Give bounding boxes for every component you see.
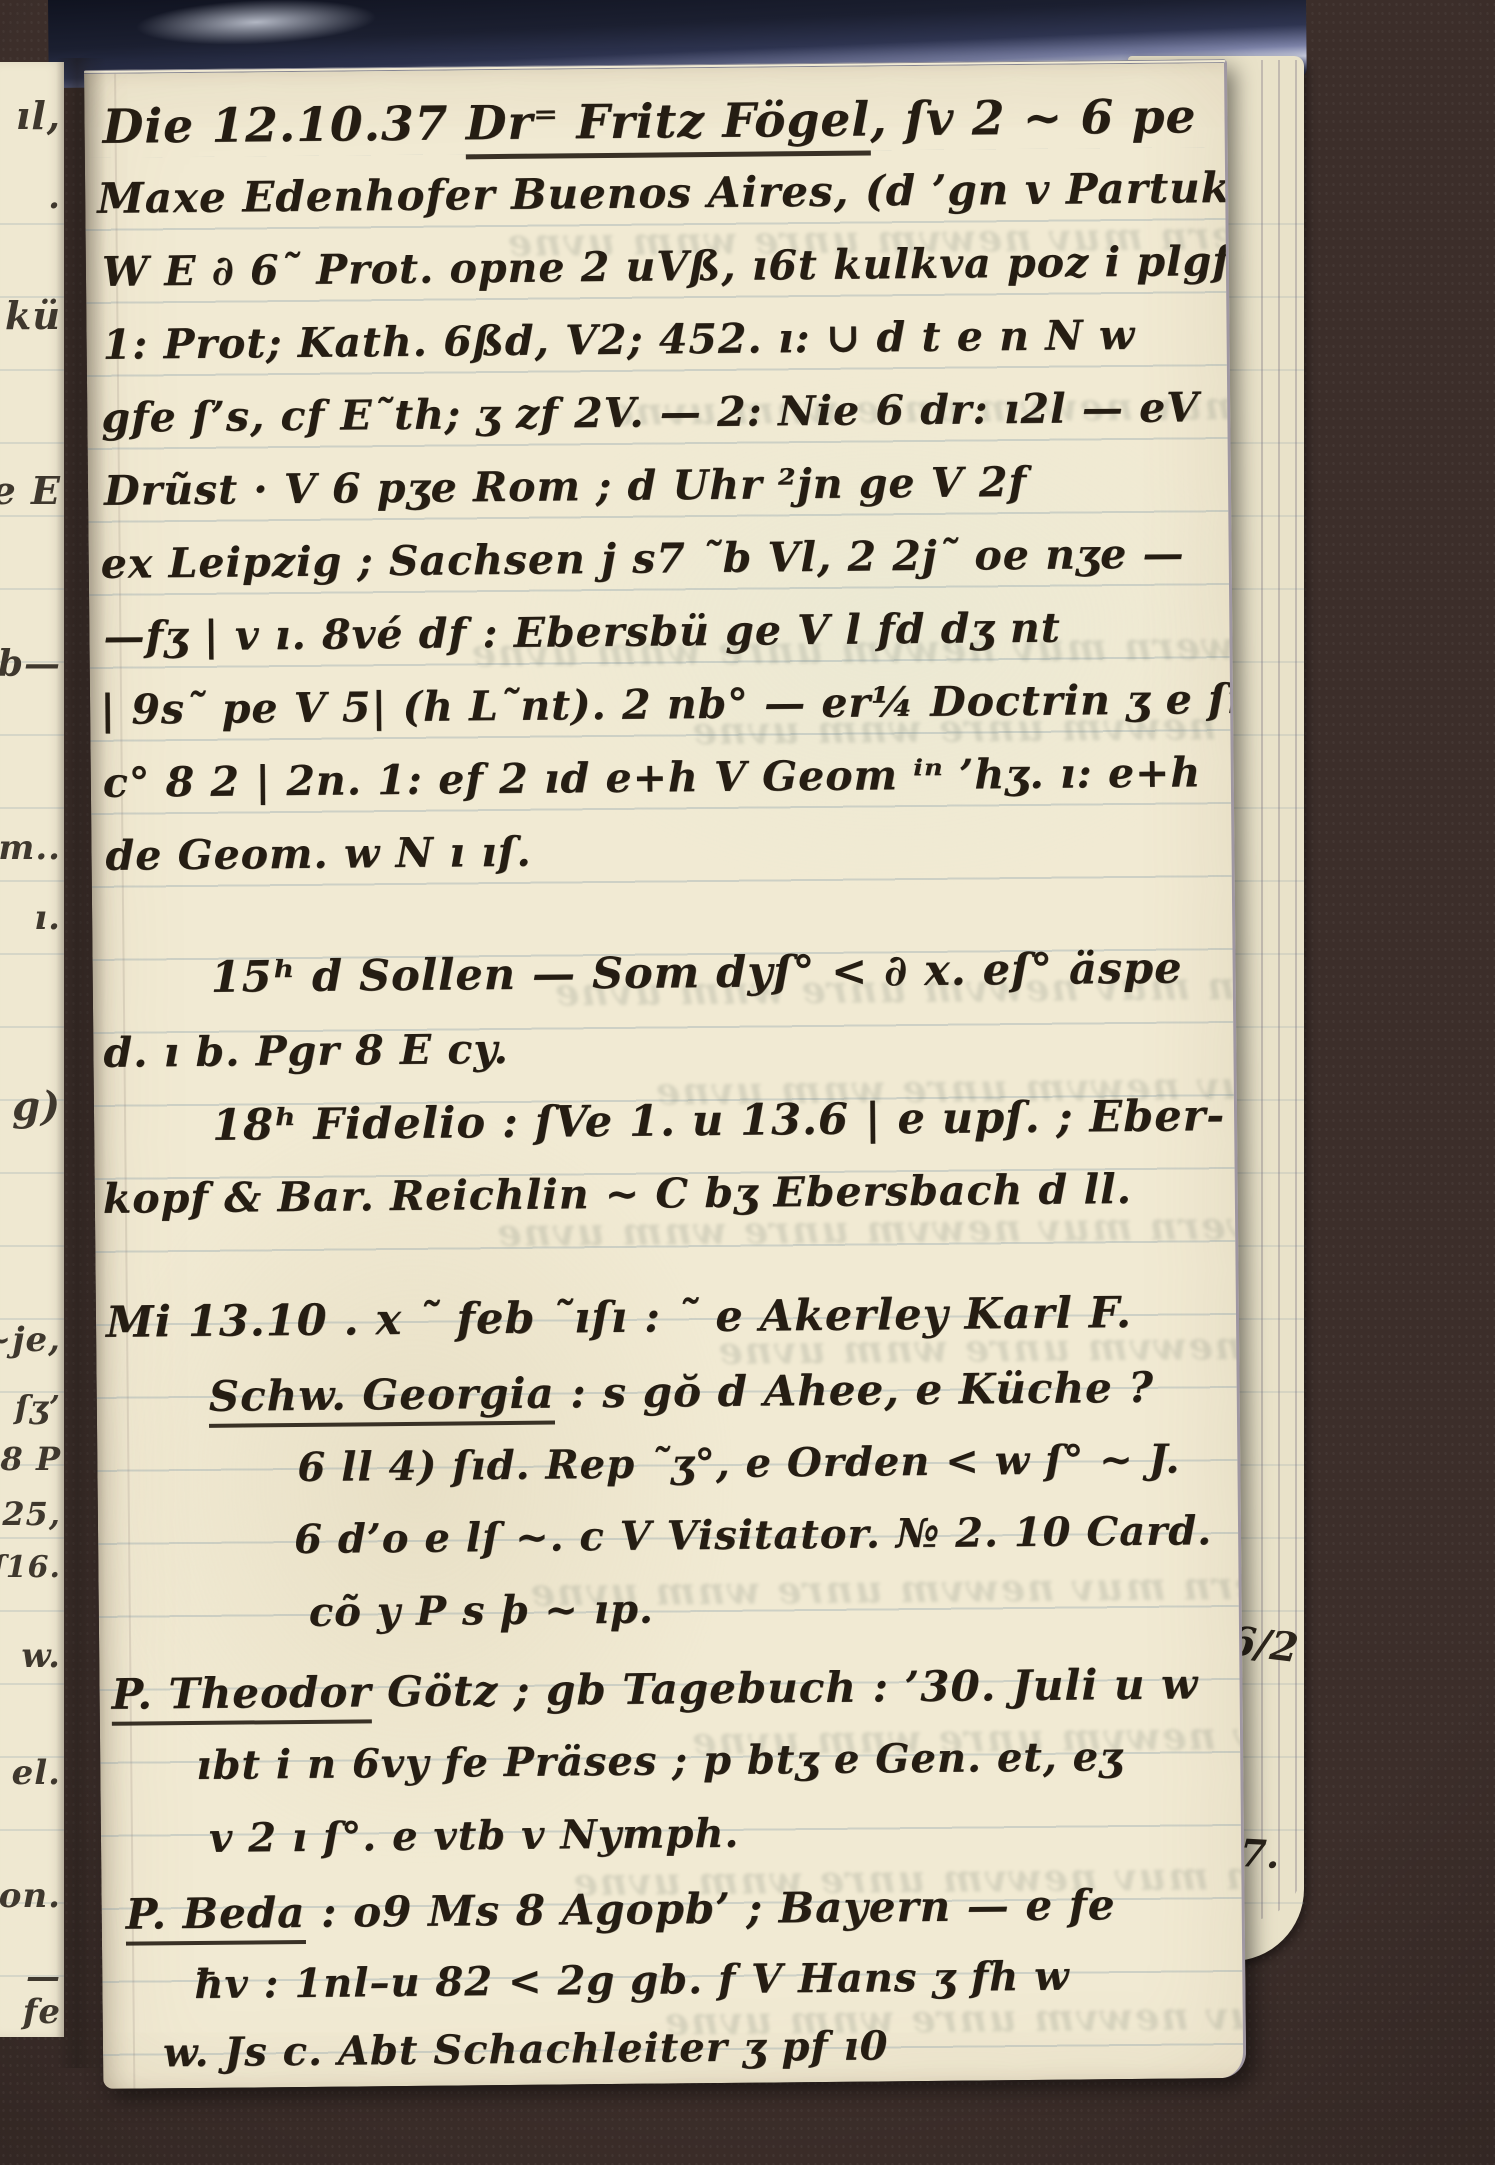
manuscript-line: ħv : 1nl–u 82 < 2g gb. f V Hans ʒ fh w: [194, 1953, 1070, 2008]
line-text: : s gŏ d Ahee, e Küche ?: [554, 1363, 1154, 1418]
manuscript-line: 6 d’o e lſ ~. c V Visitator. № 2. 10 Car…: [294, 1507, 1212, 1563]
manuscript-line: P. Beda : o9 Ms 8 Agopb’ ; Bayern — e fe: [125, 1880, 1115, 1938]
previous-page-sliver: ıl, · kü le E erb— am.. ı. g) ~je, eh ſʒ…: [0, 62, 64, 2037]
manuscript-line: ıbt i n 6vy fe Präses ; p btʒ e Gen. et,…: [196, 1733, 1123, 1789]
cutoff-word: le E: [0, 468, 61, 513]
manuscript-line: v 2 ı ſ°. e vtb v Nymph.: [209, 1810, 740, 1862]
notebook-photo: 6/2 7. ıl, · kü le E erb— am.. ı. g) ~je…: [0, 0, 1495, 2165]
cutoff-word: 8 P: [1, 1440, 61, 1478]
diary-page: mn vne uwm renv umev wern muv newvm unre…: [84, 59, 1246, 2089]
cutoff-word: am..: [0, 828, 61, 868]
manuscript-line: Mi 13.10 . x ˜ feb ˜ıſı : ˜ e Akerley Ka…: [106, 1288, 1132, 1348]
heading-date: Die 12.10.37: [102, 96, 466, 154]
manuscript-line: 1: Prot; Kath. 6ßd, V2; 452. ı: ∪ d t e …: [102, 311, 1135, 369]
manuscript-line: 18ʰ Fidelio : ſVe 1. u 13.6 | e upſ. ; E…: [212, 1091, 1225, 1151]
cutoff-word: el.: [12, 1753, 61, 1793]
heading-name-underlined: Dr⁼ Fritz Fögel: [465, 92, 870, 159]
underlined-name: P. Beda: [125, 1888, 305, 1946]
cutoff-word: fe: [23, 1992, 61, 2032]
manuscript-line: cõ y P s þ ~ ıp.: [309, 1586, 654, 1636]
cutoff-word: ıl,: [16, 93, 61, 138]
manuscript-line: Drũst · V 6 pʒe Rom ; d Uhr ²jn ge V 2f: [104, 458, 1027, 515]
cutoff-word: —: [26, 1957, 61, 1997]
underlined-name: P. Theodor: [111, 1667, 371, 1725]
manuscript-line: kopf & Bar. Reichlin ~ C bʒ Ebersbach d …: [103, 1165, 1132, 1223]
manuscript-line: 6 ll 4) ſıd. Rep ˜ʒ°, e Orden < w ſ° ~ J…: [297, 1436, 1180, 1491]
cutoff-word: g): [12, 1083, 61, 1130]
cutoff-word: r2ſ16.: [0, 1550, 61, 1585]
edge-annotation-lower: 7.: [1239, 1830, 1281, 1877]
manuscript-line: 15ʰ d Sollen — Som dyſ° < ∂ x. eſ° äspe: [210, 943, 1182, 1002]
heading-suffix: , ſv 2 ~ 6 pe: [870, 89, 1197, 147]
cutoff-word: 25,: [2, 1495, 61, 1533]
cutoff-word: ·: [48, 186, 61, 226]
manuscript-line: w. Js c. Abt Schachleiter ʒ pf ı0: [163, 2022, 889, 2076]
cutoff-word: on.: [0, 1876, 61, 1916]
manuscript-line: —fʒ | v ı. 8vé df : Ebersbü ge V l fd dʒ…: [103, 604, 1061, 661]
cutoff-word: w.: [21, 1636, 61, 1676]
page-edge-highlight: [135, 0, 377, 49]
cutoff-word: erb—: [0, 643, 61, 685]
manuscript-line: P. Theodor Götz ; gb Tagebuch : ’30. Jul…: [111, 1659, 1198, 1718]
manuscript-line: de Geom. w N ı ıſ.: [105, 828, 532, 880]
underlined-name: Schw. Georgia: [209, 1369, 555, 1428]
manuscript-line: d. ı b. Pgr 8 E cy.: [103, 1025, 509, 1077]
cutoff-word: eh ſʒ’: [0, 1388, 61, 1426]
cutoff-word: ~je,: [0, 1320, 61, 1360]
line-text: Götz ; gb Tagebuch : ’30. Juli u w: [371, 1659, 1198, 1716]
date-heading: Die 12.10.37 Dr⁼ Fritz Fögel, ſv 2 ~ 6 p…: [102, 89, 1196, 154]
cutoff-word: kü: [5, 293, 61, 338]
manuscript-line: Schw. Georgia : s gŏ d Ahee, e Küche ?: [209, 1363, 1155, 1421]
line-text: : o9 Ms 8 Agopb’ ; Bayern — e fe: [305, 1880, 1116, 1937]
cutoff-word: ı.: [34, 898, 61, 938]
